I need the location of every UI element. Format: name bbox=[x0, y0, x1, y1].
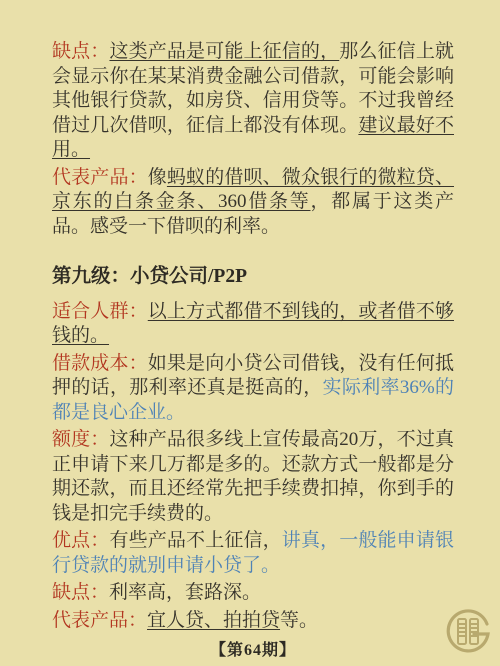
paragraph-cons-1: 缺点：这类产品是可能上征信的，那么征信上就会显示你在某某消费金融公司借款，可能会… bbox=[52, 40, 454, 163]
body-text: 有些产品不上征信， bbox=[109, 530, 281, 551]
para-label-quota: 额度： bbox=[52, 429, 109, 450]
underlined-text: 宜人贷、拍拍贷 bbox=[147, 610, 280, 631]
paragraph-products-1: 代表产品：像蚂蚁的借呗、微众银行的微粒贷、京东的白条金条、360借条等，都属于这… bbox=[52, 166, 454, 240]
paragraph-quota: 额度：这种产品很多线上宣传最高20万，不过真正申请下来几万都是多的。还款方式一般… bbox=[52, 428, 454, 526]
paragraph-cons-2: 缺点：利率高，套路深。 bbox=[52, 581, 454, 606]
para-label-pros: 优点： bbox=[52, 530, 109, 551]
paragraph-products-2: 代表产品：宜人贷、拍拍贷等。 bbox=[52, 609, 454, 634]
para-label-cons: 缺点： bbox=[52, 41, 109, 62]
para-label-audience: 适合人群： bbox=[52, 301, 148, 322]
section-heading: 第九级：小贷公司/P2P bbox=[52, 265, 454, 290]
para-label-cons2: 缺点： bbox=[52, 582, 109, 603]
body-text: 像 bbox=[148, 167, 167, 188]
para-label-cost: 借款成本： bbox=[52, 353, 148, 374]
paragraph-cost: 借款成本：如果是向小贷公司借钱，没有任何抵押的话，那利率还真是挺高的，实际利率3… bbox=[52, 352, 454, 426]
body-text: 等。 bbox=[280, 610, 318, 631]
underlined-text: 这类产品是可能上征信的， bbox=[109, 41, 339, 62]
circular-emblem-watermark-icon bbox=[442, 606, 494, 658]
para-label-products2: 代表产品： bbox=[52, 610, 147, 631]
para-label-products: 代表产品： bbox=[52, 167, 148, 188]
issue-number-footer: 【第64期】 bbox=[52, 639, 454, 664]
paragraph-pros: 优点：有些产品不上征信，讲真，一般能申请银行贷款的就别申请小贷了。 bbox=[52, 529, 454, 578]
body-text: 这种产品很多线上宣传最高20万，不过真正申请下来几万都是多的。还款方式一般都是分… bbox=[52, 429, 454, 524]
article-page: 缺点：这类产品是可能上征信的，那么征信上就会显示你在某某消费金融公司借款，可能会… bbox=[0, 0, 500, 666]
body-text: 利率高，套路深。 bbox=[109, 582, 261, 603]
paragraph-audience: 适合人群：以上方式都借不到钱的，或者借不够钱的。 bbox=[52, 300, 454, 349]
